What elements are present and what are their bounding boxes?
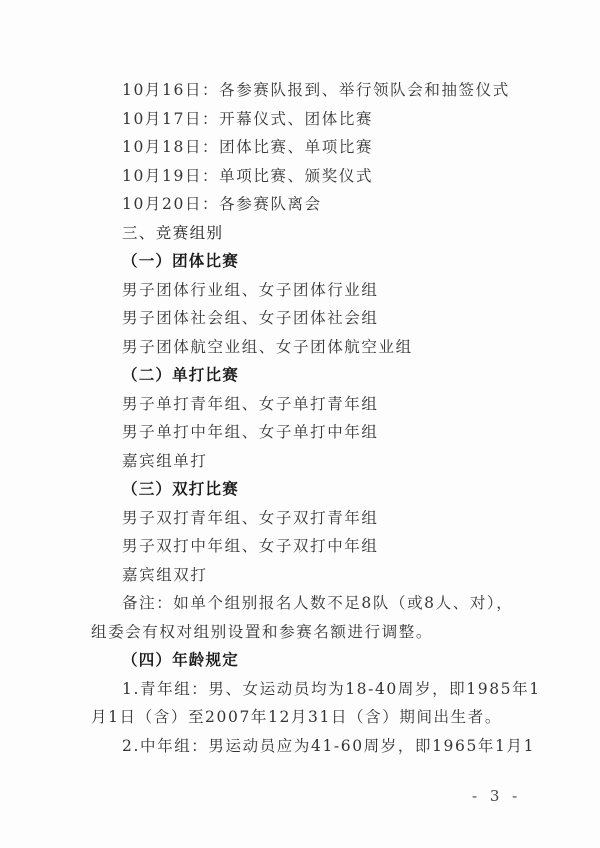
schedule-line-oct18: 10月18日：团体比赛、单项比赛 <box>122 137 373 157</box>
note-line-1: 备注：如单个组别报名人数不足8队（或8人、对）， <box>122 593 513 613</box>
team-group-item: 男子团体社会组、女子团体社会组 <box>122 308 379 328</box>
doubles-group-item: 男子双打青年组、女子双打青年组 <box>122 508 379 528</box>
schedule-line-oct20: 10月20日：各参赛队离会 <box>122 194 322 214</box>
singles-group-item: 嘉宾组单打 <box>122 451 208 471</box>
subsection-heading-age-rules: （四）年龄规定 <box>122 650 239 670</box>
doubles-group-item: 男子双打中年组、女子双打中年组 <box>122 536 379 556</box>
schedule-line-oct19: 10月19日：单项比赛、颁奖仪式 <box>122 166 373 186</box>
doubles-group-item: 嘉宾组双打 <box>122 565 208 585</box>
note-line-2: 组委会有权对组别设置和参赛名额进行调整。 <box>91 622 433 642</box>
schedule-line-oct17: 10月17日：开幕仪式、团体比赛 <box>122 109 373 129</box>
youth-age-rule-line-2: 月1日（含）至2007年12月31日（含）期间出生者。 <box>91 707 502 727</box>
middle-age-rule-line-1: 2.中年组：男运动员应为41-60周岁，即1965年1月1 <box>122 736 535 756</box>
subsection-heading-doubles: （三）双打比赛 <box>122 479 239 499</box>
subsection-heading-singles: （二）单打比赛 <box>122 365 239 385</box>
subsection-heading-team: （一）团体比赛 <box>122 251 239 271</box>
schedule-line-oct16: 10月16日：各参赛队报到、举行领队会和抽签仪式 <box>122 80 510 100</box>
team-group-item: 男子团体行业组、女子团体行业组 <box>122 280 379 300</box>
document-page: 10月16日：各参赛队报到、举行领队会和抽签仪式 10月17日：开幕仪式、团体比… <box>0 0 600 848</box>
page-number: - 3 - <box>472 787 521 805</box>
singles-group-item: 男子单打中年组、女子单打中年组 <box>122 422 379 442</box>
team-group-item: 男子团体航空业组、女子团体航空业组 <box>122 337 413 357</box>
singles-group-item: 男子单打青年组、女子单打青年组 <box>122 394 379 414</box>
section-heading-competition-groups: 三、竞赛组别 <box>122 223 223 243</box>
youth-age-rule-line-1: 1.青年组：男、女运动员均为18-40周岁，即1985年1 <box>122 679 541 699</box>
